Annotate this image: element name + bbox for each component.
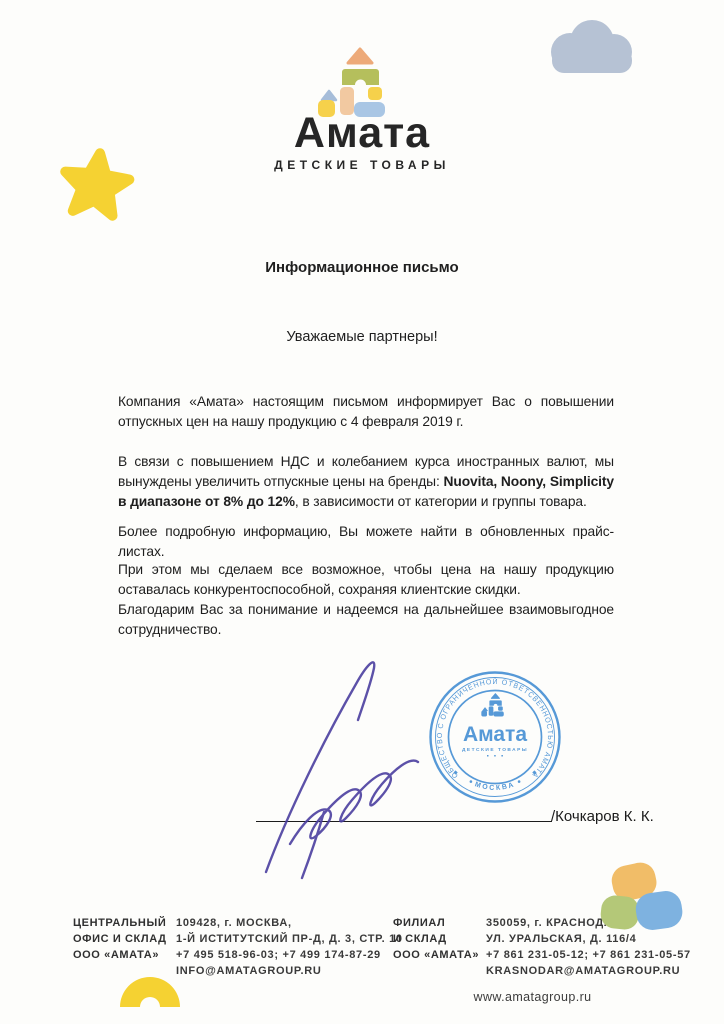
cloud-decoration xyxy=(540,14,640,76)
footer-central-office-details: 109428, г. МОСКВА, 1-Й ИСТИТУТСКИЙ ПР-Д,… xyxy=(176,915,403,979)
footer-label-line: ОФИС И СКЛАД xyxy=(73,931,167,947)
brand-wordmark: Амата xyxy=(0,109,724,158)
stamp-logo-blocks-icon xyxy=(481,694,503,717)
letter-salutation: Уважаемые партнеры! xyxy=(0,329,724,345)
stamp-brand: Амата xyxy=(463,723,527,746)
footer-label-line: И СКЛАД xyxy=(393,931,479,947)
paragraph-pricelists: Более подробную информацию, Вы можете на… xyxy=(118,522,614,562)
footer-central-office-label: ЦЕНТРАЛЬНЫЙ ОФИС И СКЛАД ООО «АМАТА» xyxy=(73,915,167,963)
signatory-name: /Кочкаров К. К. xyxy=(551,808,654,825)
signature-ink xyxy=(240,645,440,890)
letter-title: Информационное письмо xyxy=(0,259,724,276)
brand-tagline: ДЕТСКИЕ ТОВАРЫ xyxy=(0,158,724,172)
website-url: www.amatagroup.ru xyxy=(450,990,615,1004)
paragraph-brands: В связи с повышением НДС и колебанием ку… xyxy=(118,452,614,512)
footer-phone-line: +7 495 518-96-03; +7 499 174-87-29 xyxy=(176,947,403,963)
letter-page: Амата ДЕТСКИЕ ТОВАРЫ Информационное пись… xyxy=(0,0,724,1024)
stamp-separator-dots xyxy=(453,755,536,783)
footer-email-line: INFO@AMATAGROUP.RU xyxy=(176,963,403,979)
footer-label-line: ООО «АМАТА» xyxy=(393,947,479,963)
stamp-tagline: ДЕТСКИЕ ТОВАРЫ xyxy=(462,747,528,753)
paragraph-closing: При этом мы сделаем все возможное, чтобы… xyxy=(118,560,614,640)
paragraph-price-increase: Компания «Амата» настоящим письмом инфор… xyxy=(118,392,614,432)
company-stamp: ОБЩЕСТВО С ОГРАНИЧЕННОЙ ОТВЕТСВЕННОСТЬЮ … xyxy=(427,669,563,805)
footer-label-line: ООО «АМАТА» xyxy=(73,947,167,963)
footer-address-line: 1-Й ИСТИТУТСКИЙ ПР-Д, Д. 3, СТР. 10 xyxy=(176,931,403,947)
paragraph-brands-post: , в зависимости от категории и группы то… xyxy=(295,494,587,509)
footer-phone-line: +7 861 231-05-12; +7 861 231-05-57 xyxy=(486,947,691,963)
footer-branch-office-label: ФИЛИАЛ И СКЛАД ООО «АМАТА» xyxy=(393,915,479,963)
stamp-city: МОСКВА xyxy=(474,779,516,792)
footer-label-line: ЦЕНТРАЛЬНЫЙ xyxy=(73,915,167,931)
footer-address-line: 109428, г. МОСКВА, xyxy=(176,915,403,931)
arch-decoration xyxy=(119,976,183,1008)
footer-label-line: ФИЛИАЛ xyxy=(393,915,479,931)
blobs-decoration xyxy=(590,855,700,935)
paragraph-competitive: При этом мы сделаем все возможное, чтобы… xyxy=(118,560,614,600)
paragraph-thanks: Благодарим Вас за понимание и надеемся н… xyxy=(118,600,614,640)
footer-email-line: KRASNODAR@AMATAGROUP.RU xyxy=(486,963,691,979)
